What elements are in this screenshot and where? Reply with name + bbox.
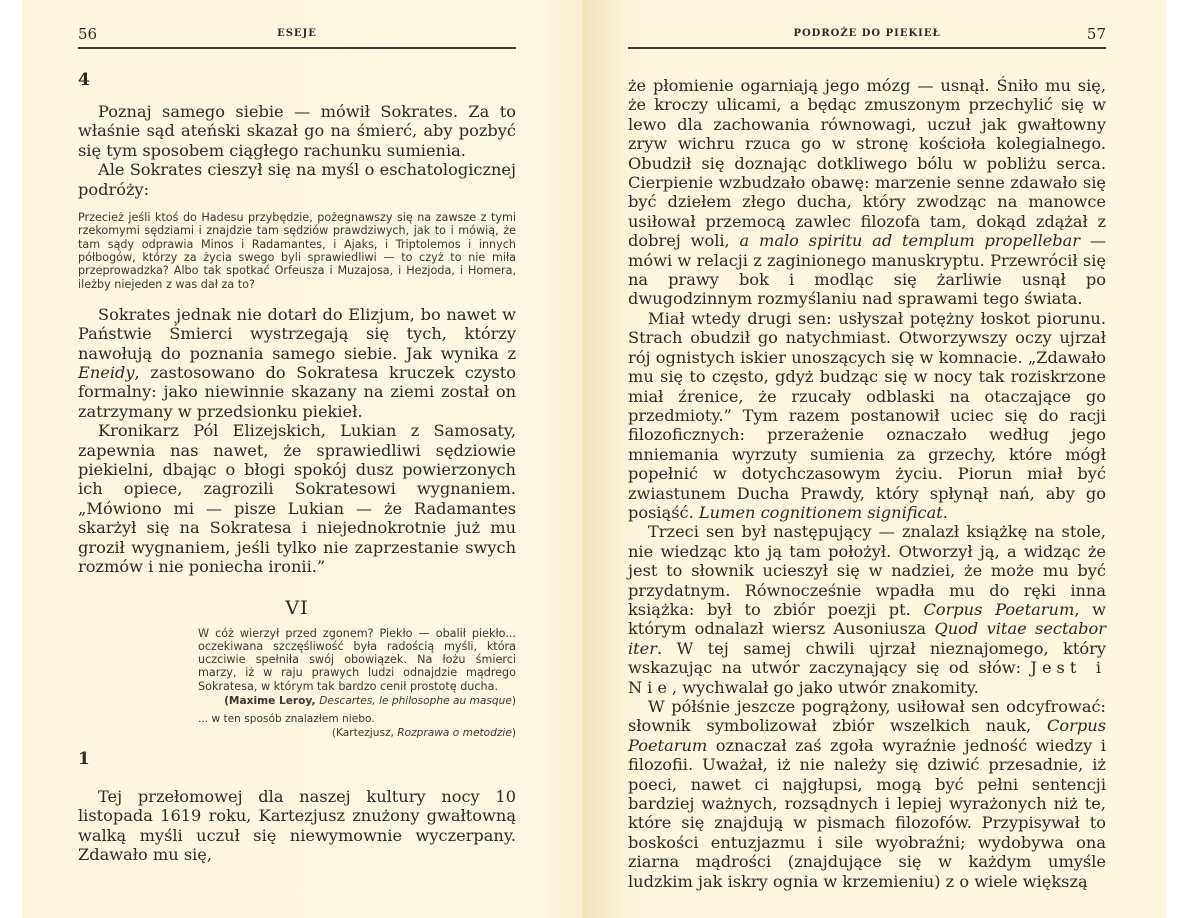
right-page: PODROŻE DO PIEKIEŁ 57 że płomienie ogarn… [582, 0, 1166, 918]
paragraph: Tej przełomowej dla naszej kultury nocy … [78, 787, 516, 865]
paragraph: Trzeci sen był następujący — znalazł ksi… [628, 522, 1106, 697]
text-column: że płomienie ogarniają jego mózg — usnął… [628, 76, 1106, 891]
epigraph-text: ... w ten sposób znalazłem niebo. [198, 713, 516, 725]
text-column: 4 Poznaj samego siebie — mówił Sokrates.… [78, 70, 516, 865]
page-number: 57 [1087, 25, 1106, 43]
paragraph: Ale Sokrates cieszył się na myśl o escha… [78, 160, 516, 199]
epigraph-attribution: (Kartezjusz, Rozprawa o metodzie) [198, 727, 516, 739]
section-number: 1 [78, 749, 516, 775]
paragraph: Kronikarz Pól Elizejskich, Lukian z Samo… [78, 421, 516, 576]
epigraph-attribution: (Maxime Leroy, Descartes, le philosophe … [198, 695, 516, 707]
latin-phrase: a malo spiritu ad templum propellebar [740, 231, 1081, 250]
latin-phrase: Lumen cognitionem significat. [699, 503, 948, 522]
paragraph: że płomienie ogarniają jego mózg — usnął… [628, 76, 1106, 309]
paragraph: W półśnie jeszcze pogrążony, usiłował se… [628, 697, 1106, 891]
running-head: 56 ESEJE [78, 25, 516, 49]
book-title: Corpus Poetarum [923, 600, 1074, 619]
running-head: PODROŻE DO PIEKIEŁ 57 [628, 25, 1106, 49]
epigraph-text: W cóż wierzył przed zgonem? Piekło — oba… [198, 627, 516, 693]
running-head-title: ESEJE [78, 28, 516, 39]
chapter-number: VI [78, 597, 516, 627]
running-head-title: PODROŻE DO PIEKIEŁ [628, 28, 1106, 39]
epigraph: W cóż wierzył przed zgonem? Piekło — oba… [198, 627, 516, 739]
paragraph: Poznaj samego siebie — mówił Sokrates. Z… [78, 102, 516, 160]
block-quote: Przecież jeśli ktoś do Hadesu przybędzie… [78, 211, 516, 291]
paragraph: Miał wtedy drugi sen: usłyszał potężny ł… [628, 309, 1106, 522]
section-number: 4 [78, 70, 516, 96]
paragraph: Sokrates jednak nie dotarł do Elizjum, b… [78, 305, 516, 421]
book-title: Eneidy [78, 363, 135, 382]
left-page: 56 ESEJE 4 Poznaj samego siebie — mówił … [22, 0, 582, 918]
